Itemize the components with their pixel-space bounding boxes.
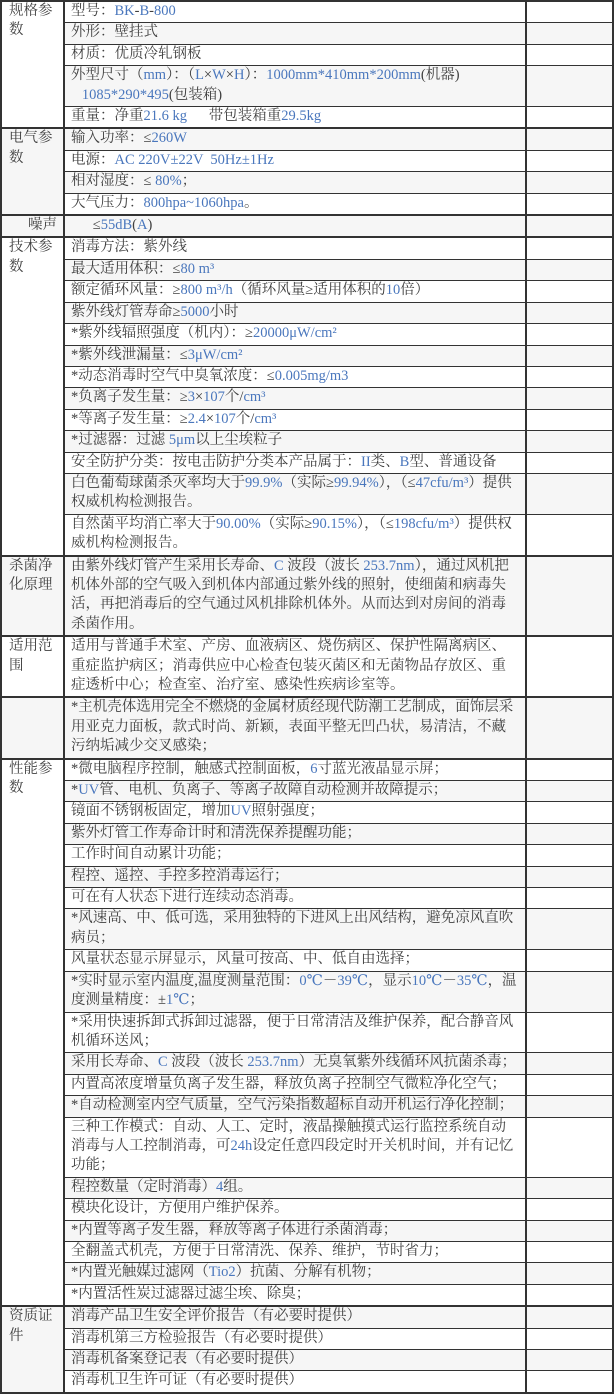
latin-text: 35℃: [457, 973, 488, 989]
spec-text: 消毒机第三方检验报告（有必要时提供）: [64, 1328, 526, 1349]
spec-text: 紫外线灯管寿命≥5000小时: [64, 302, 526, 323]
table-row: 可在有人状态下进行连续动态消毒。: [1, 888, 613, 909]
spec-text: 消毒产品卫生安全评价报告（有必要时提供）: [64, 1306, 526, 1328]
section-label: 杀菌净化原理: [1, 556, 64, 637]
latin-text: 800: [154, 3, 176, 19]
latin-text: B: [140, 3, 150, 19]
latin-text: H: [234, 67, 244, 83]
spec-text: 外形：壁挂式: [64, 23, 526, 44]
table-row: *等离子发生量：≥2.4×107个/cm³: [1, 409, 613, 430]
latin-text: mm: [144, 67, 167, 83]
table-row: *负离子发生量：≥3×107个/cm³: [1, 388, 613, 409]
empty-cell: [526, 866, 613, 887]
table-row: 全翻盖式机壳，方便于日常清洗、保养、维护，节时省力；: [1, 1241, 613, 1262]
table-row: *UV管、电机、负离子、等离子故障自动检测并故障提示；: [1, 781, 613, 802]
table-row: 白色葡萄球菌杀灭率均大于99.9%（实际≥99.94%），（≤47cfu/m³）…: [1, 473, 613, 514]
table-row: *内置等离子发生器，释放等离子体进行杀菌消毒；: [1, 1220, 613, 1241]
spec-text: *内置光触媒过滤网（Tio2）抗菌、分解有机物；: [64, 1263, 526, 1284]
empty-cell: [526, 556, 613, 637]
spec-text: *内置活性炭过滤器过滤尘埃、除臭；: [64, 1284, 526, 1306]
latin-text: 253.7nm: [363, 558, 414, 574]
table-row: 适用范围适用与普通手术室、产房、血液病区、烧伤病区、保护性隔离病区、重症监护病区…: [1, 636, 613, 697]
empty-cell: [526, 888, 613, 909]
table-row: 自然菌平均消亡率大于90.00%（实际≥90.15%），（≤198cfu/m³）…: [1, 514, 613, 555]
latin-text: 5000: [180, 304, 209, 320]
spec-text: 三种工作模式：自动、人工、定时，液晶操触摸式运行监控系统自动消毒与人工控制消毒，…: [64, 1117, 526, 1177]
spec-text: 材质：优质冷轧钢板: [64, 44, 526, 65]
table-row: *过滤器：过滤 5μm以上尘埃粒子: [1, 431, 613, 452]
table-row: 相对湿度：≤ 80%；: [1, 172, 613, 193]
spec-text: 重量：净重21.6 kg 带包装箱重29.5kg: [64, 107, 526, 129]
spec-text: 程控数量（定时消毒）4组。: [64, 1177, 526, 1198]
latin-text: B: [400, 454, 410, 470]
table-row: 紫外灯管工作寿命计时和清洗保养提醒功能；: [1, 823, 613, 844]
spec-text: 相对湿度：≤ 80%；: [64, 172, 526, 193]
latin-text: 6: [310, 761, 317, 777]
table-row: 采用长寿命、C 波段（波长 253.7nm）无臭氧紫外线循环风抗菌杀毒；: [1, 1053, 613, 1074]
empty-cell: [526, 1117, 613, 1177]
empty-cell: [526, 431, 613, 452]
empty-cell: [526, 107, 613, 129]
latin-text: 0℃: [299, 973, 322, 989]
table-row: 材质：优质冷轧钢板: [1, 44, 613, 65]
empty-cell: [526, 259, 613, 280]
empty-cell: [526, 1199, 613, 1220]
spec-text: 自然菌平均消亡率大于90.00%（实际≥90.15%），（≤198cfu/m³）…: [64, 514, 526, 555]
latin-text: 90.00%: [216, 516, 261, 532]
latin-text: 1℃: [166, 992, 189, 1008]
table-row: 电源：AC 220V±22V 50Hz±1Hz: [1, 150, 613, 171]
latin-text: UV: [78, 782, 99, 798]
table-row: 外形：壁挂式: [1, 23, 613, 44]
latin-text: 39℃: [337, 973, 368, 989]
empty-cell: [526, 1, 613, 23]
spec-text: 白色葡萄球菌杀灭率均大于99.9%（实际≥99.94%），（≤47cfu/m³）…: [64, 473, 526, 514]
spec-text: *采用快速拆卸式拆卸过滤器，便于日常清洁及维护保养，配合静音风机循环送风；: [64, 1012, 526, 1053]
product-spec-table: 规格参数型号：BK-B-800外形：壁挂式材质：优质冷轧钢板外型尺寸（mm）：（…: [0, 0, 614, 1394]
table-row: 内置高浓度增量负离子发生器，释放负离子控制空气微粒净化空气；: [1, 1074, 613, 1095]
latin-text: 800 m³/h: [180, 282, 232, 298]
spec-text: 额定循环风量：≥800 m³/h（循环风量≥适用体积的10倍）: [64, 281, 526, 302]
empty-cell: [526, 1177, 613, 1198]
empty-cell: [526, 909, 613, 950]
latin-text: 198cfu/m³: [394, 516, 454, 532]
latin-text: 20000μW/cm²: [253, 325, 337, 341]
spec-section: 性能参数*微电脑程序控制，触感式控制面板，6寸蓝光液晶显示屏；*UV管、电机、负…: [1, 759, 613, 1307]
latin-text: 107: [203, 389, 225, 405]
latin-text: cm³: [243, 389, 265, 405]
table-row: 消毒机备案登记表（有必要时提供）: [1, 1350, 613, 1371]
spec-text: 由紫外线灯管产生采用长寿命、C 波段（波长 253.7nm），通过风机把机体外部…: [64, 556, 526, 637]
spec-text: 程控、遥控、手控多控消毒运行；: [64, 866, 526, 887]
spec-text: 模块化设计，方便用户维护保养。: [64, 1199, 526, 1220]
spec-text: *实时显示室内温度,温度测量范围：0℃－39℃，显示10℃－35℃，温度测量精度…: [64, 971, 526, 1012]
table-row: *紫外线辐照强度（机内）：≥20000μW/cm²: [1, 324, 613, 345]
empty-cell: [526, 324, 613, 345]
latin-text: 0.005mg/m3: [275, 368, 349, 384]
empty-cell: [526, 281, 613, 302]
spec-text: *负离子发生量：≥3×107个/cm³: [64, 388, 526, 409]
spec-text: 内置高浓度增量负离子发生器，释放负离子控制空气微粒净化空气；: [64, 1074, 526, 1095]
spec-text: 外型尺寸（mm）：（L×W×H）：1000mm*410mm*200mm(机器) …: [64, 66, 526, 107]
spec-text: 电源：AC 220V±22V 50Hz±1Hz: [64, 150, 526, 171]
empty-cell: [526, 23, 613, 44]
latin-text: 4: [216, 1179, 223, 1195]
spec-text: 安全防护分类：按电击防护分类本产品属于：II类、B型、普通设备: [64, 452, 526, 473]
empty-cell: [526, 1220, 613, 1241]
latin-text: 99.94%: [334, 475, 379, 491]
latin-text: 3μW/cm²: [188, 347, 243, 363]
latin-text: A: [137, 217, 147, 233]
spec-text: *紫外线泄漏量：≤3μW/cm²: [64, 345, 526, 366]
latin-text: II: [361, 454, 371, 470]
spec-text: 消毒机备案登记表（有必要时提供）: [64, 1350, 526, 1371]
latin-text: 80 m³: [180, 261, 214, 277]
empty-cell: [526, 1074, 613, 1095]
table-row: 镜面不锈钢板固定，增加UV照射强度；: [1, 802, 613, 823]
spec-text: *过滤器：过滤 5μm以上尘埃粒子: [64, 431, 526, 452]
latin-text: 21.6 kg: [144, 108, 188, 124]
section-label: 噪声: [1, 215, 64, 237]
spec-text: *紫外线辐照强度（机内）：≥20000μW/cm²: [64, 324, 526, 345]
latin-text: C: [158, 1054, 168, 1070]
empty-cell: [526, 452, 613, 473]
table-row: 大气压力：800hpa~1060hpa。: [1, 193, 613, 215]
empty-cell: [526, 823, 613, 844]
empty-cell: [526, 1263, 613, 1284]
table-row: 安全防护分类：按电击防护分类本产品属于：II类、B型、普通设备: [1, 452, 613, 473]
empty-cell: [526, 950, 613, 971]
spec-section: 杀菌净化原理由紫外线灯管产生采用长寿命、C 波段（波长 253.7nm），通过风…: [1, 556, 613, 637]
spec-text: 风量状态显示屏显示，风量可按高、中、低自由选择；: [64, 950, 526, 971]
table-row: *主机壳体选用完全不燃烧的金属材质经现代防潮工艺制成，面饰层采用亚克力面板，款式…: [1, 697, 613, 758]
table-row: 最大适用体积：≤80 m³: [1, 259, 613, 280]
empty-cell: [526, 1371, 613, 1393]
spec-text: 紫外灯管工作寿命计时和清洗保养提醒功能；: [64, 823, 526, 844]
empty-cell: [526, 802, 613, 823]
table-row: 模块化设计，方便用户维护保养。: [1, 1199, 613, 1220]
empty-cell: [526, 473, 613, 514]
empty-cell: [526, 1284, 613, 1306]
table-row: 杀菌净化原理由紫外线灯管产生采用长寿命、C 波段（波长 253.7nm），通过风…: [1, 556, 613, 637]
latin-text: W: [212, 67, 226, 83]
spec-text: *主机壳体选用完全不燃烧的金属材质经现代防潮工艺制成，面饰层采用亚克力面板，款式…: [64, 697, 526, 758]
empty-cell: [526, 1053, 613, 1074]
spec-text: ≤55dB(A): [64, 215, 526, 237]
latin-text: 10℃: [412, 973, 443, 989]
table-row: *自动检测室内空气质量，空气污染指数超标自动开机运行净化控制；: [1, 1096, 613, 1117]
table-row: 消毒机卫生许可证（有必要时提供）: [1, 1371, 613, 1393]
empty-cell: [526, 971, 613, 1012]
section-label: 资质证件: [1, 1306, 64, 1393]
empty-cell: [526, 172, 613, 193]
table-row: *实时显示室内温度,温度测量范围：0℃－39℃，显示10℃－35℃，温度测量精度…: [1, 971, 613, 1012]
spec-text: 消毒机卫生许可证（有必要时提供）: [64, 1371, 526, 1393]
spec-text: 消毒方法：紫外线: [64, 237, 526, 259]
empty-cell: [526, 514, 613, 555]
spec-text: *等离子发生量：≥2.4×107个/cm³: [64, 409, 526, 430]
spec-text: 可在有人状态下进行连续动态消毒。: [64, 888, 526, 909]
latin-text: 3: [188, 389, 195, 405]
empty-cell: [526, 1306, 613, 1328]
spec-text: 工作时间自动累计功能；: [64, 845, 526, 866]
section-label: 规格参数: [1, 1, 64, 128]
section-label: 适用范围: [1, 636, 64, 697]
empty-cell: [526, 66, 613, 107]
spec-section: 适用范围适用与普通手术室、产房、血液病区、烧伤病区、保护性隔离病区、重症监护病区…: [1, 636, 613, 697]
table-row: *风速高、中、低可选，采用独特的下进风上出风结构，避免凉风直吹病员；: [1, 909, 613, 950]
spec-section: 技术参数消毒方法：紫外线最大适用体积：≤80 m³额定循环风量：≥800 m³/…: [1, 237, 613, 555]
latin-text: BK: [115, 3, 135, 19]
latin-text: cm³: [254, 411, 276, 427]
spec-text: 输入功率：≤260W: [64, 128, 526, 150]
section-label: 电气参数: [1, 128, 64, 215]
table-row: 电气参数输入功率：≤260W: [1, 128, 613, 150]
table-row: 程控、遥控、手控多控消毒运行；: [1, 866, 613, 887]
latin-text: 1000mm*410mm*200mm: [266, 67, 421, 83]
spec-section: *主机壳体选用完全不燃烧的金属材质经现代防潮工艺制成，面饰层采用亚克力面板，款式…: [1, 697, 613, 758]
latin-text: 5μm: [169, 432, 195, 448]
table-row: 三种工作模式：自动、人工、定时，液晶操触摸式运行监控系统自动消毒与人工控制消毒，…: [1, 1117, 613, 1177]
spec-text: *内置等离子发生器，释放等离子体进行杀菌消毒；: [64, 1220, 526, 1241]
table-row: *内置光触媒过滤网（Tio2）抗菌、分解有机物；: [1, 1263, 613, 1284]
table-row: 重量：净重21.6 kg 带包装箱重29.5kg: [1, 107, 613, 129]
table-row: 紫外线灯管寿命≥5000小时: [1, 302, 613, 323]
empty-cell: [526, 302, 613, 323]
spec-text: 型号：BK-B-800: [64, 1, 526, 23]
latin-text: 29.5kg: [281, 108, 321, 124]
spec-section: 电气参数输入功率：≤260W电源：AC 220V±22V 50Hz±1Hz相对湿…: [1, 128, 613, 215]
spec-text: *UV管、电机、负离子、等离子故障自动检测并故障提示；: [64, 781, 526, 802]
table-row: 工作时间自动累计功能；: [1, 845, 613, 866]
table-row: 额定循环风量：≥800 m³/h（循环风量≥适用体积的10倍）: [1, 281, 613, 302]
empty-cell: [526, 845, 613, 866]
empty-cell: [526, 1350, 613, 1371]
table-row: 资质证件消毒产品卫生安全评价报告（有必要时提供）: [1, 1306, 613, 1328]
table-row: *内置活性炭过滤器过滤尘埃、除臭；: [1, 1284, 613, 1306]
table-row: 性能参数*微电脑程序控制，触感式控制面板，6寸蓝光液晶显示屏；: [1, 759, 613, 781]
section-label: 性能参数: [1, 759, 64, 1307]
empty-cell: [526, 697, 613, 758]
table-row: 噪声 ≤55dB(A): [1, 215, 613, 237]
latin-text: 47cfu/m³: [416, 475, 469, 491]
table-row: 规格参数型号：BK-B-800: [1, 1, 613, 23]
empty-cell: [526, 781, 613, 802]
empty-cell: [526, 409, 613, 430]
latin-text: 1085*290*495: [82, 87, 169, 103]
spec-section: 噪声 ≤55dB(A): [1, 215, 613, 237]
spec-text: *微电脑程序控制，触感式控制面板，6寸蓝光液晶显示屏；: [64, 759, 526, 781]
table-row: *紫外线泄漏量：≤3μW/cm²: [1, 345, 613, 366]
latin-text: C: [274, 558, 284, 574]
spec-text: 适用与普通手术室、产房、血液病区、烧伤病区、保护性隔离病区、重症监护病区；消毒供…: [64, 636, 526, 697]
table-row: 外型尺寸（mm）：（L×W×H）：1000mm*410mm*200mm(机器) …: [1, 66, 613, 107]
latin-text: 800hpa~1060hpa: [144, 195, 244, 211]
spec-text: *自动检测室内空气质量，空气污染指数超标自动开机运行净化控制；: [64, 1096, 526, 1117]
spec-text: 全翻盖式机壳，方便于日常清洗、保养、维护，节时省力；: [64, 1241, 526, 1262]
empty-cell: [526, 215, 613, 237]
latin-text: 2.4: [188, 411, 206, 427]
table-row: 程控数量（定时消毒）4组。: [1, 1177, 613, 1198]
latin-text: 107: [214, 411, 236, 427]
empty-cell: [526, 44, 613, 65]
latin-text: AC 220V±22V 50Hz±1Hz: [115, 152, 274, 168]
empty-cell: [526, 193, 613, 215]
latin-text: 90.15%: [312, 516, 357, 532]
empty-cell: [526, 128, 613, 150]
empty-cell: [526, 366, 613, 387]
latin-text: 80%: [155, 173, 182, 189]
spec-section: 规格参数型号：BK-B-800外形：壁挂式材质：优质冷轧钢板外型尺寸（mm）：（…: [1, 1, 613, 128]
spec-text: 采用长寿命、C 波段（波长 253.7nm）无臭氧紫外线循环风抗菌杀毒；: [64, 1053, 526, 1074]
spec-text: 大气压力：800hpa~1060hpa。: [64, 193, 526, 215]
empty-cell: [526, 1096, 613, 1117]
section-label: [1, 697, 64, 758]
latin-text: 10: [386, 282, 401, 298]
empty-cell: [526, 1241, 613, 1262]
latin-text: 24h: [231, 1138, 253, 1154]
spec-text: 最大适用体积：≤80 m³: [64, 259, 526, 280]
latin-text: Tio2: [209, 1264, 236, 1280]
latin-text: 260W: [151, 130, 186, 146]
empty-cell: [526, 388, 613, 409]
empty-cell: [526, 1328, 613, 1349]
table-row: *动态消毒时空气中臭氧浓度：≤0.005mg/m3: [1, 366, 613, 387]
latin-text: 253.7nm: [247, 1054, 298, 1070]
table-row: 风量状态显示屏显示，风量可按高、中、低自由选择；: [1, 950, 613, 971]
spec-section: 资质证件消毒产品卫生安全评价报告（有必要时提供）消毒机第三方检验报告（有必要时提…: [1, 1306, 613, 1393]
empty-cell: [526, 237, 613, 259]
latin-text: 99.9%: [245, 475, 282, 491]
empty-cell: [526, 150, 613, 171]
table-row: *采用快速拆卸式拆卸过滤器，便于日常清洁及维护保养，配合静音风机循环送风；: [1, 1012, 613, 1053]
table-row: 技术参数消毒方法：紫外线: [1, 237, 613, 259]
latin-text: UV: [231, 803, 252, 819]
spec-text: 镜面不锈钢板固定，增加UV照射强度；: [64, 802, 526, 823]
section-label: 技术参数: [1, 237, 64, 555]
spec-text: *风速高、中、低可选，采用独特的下进风上出风结构，避免凉风直吹病员；: [64, 909, 526, 950]
empty-cell: [526, 1012, 613, 1053]
empty-cell: [526, 345, 613, 366]
empty-cell: [526, 759, 613, 781]
spec-text: *动态消毒时空气中臭氧浓度：≤0.005mg/m3: [64, 366, 526, 387]
latin-text: 55dB: [101, 217, 132, 233]
latin-text: L: [195, 67, 204, 83]
table-row: 消毒机第三方检验报告（有必要时提供）: [1, 1328, 613, 1349]
empty-cell: [526, 636, 613, 697]
